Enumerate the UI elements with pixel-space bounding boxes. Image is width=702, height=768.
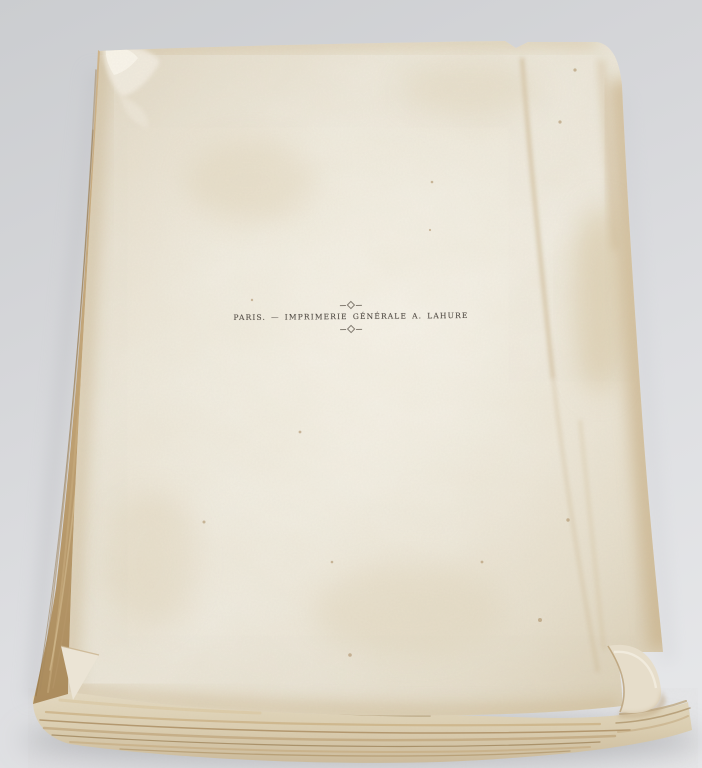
book-illustration	[0, 0, 702, 768]
book-photograph: PARIS. — IMPRIMERIE GÉNÉRALE A. LAHURE	[0, 0, 702, 768]
back-cover	[60, 30, 680, 730]
cover-stains	[60, 30, 680, 730]
